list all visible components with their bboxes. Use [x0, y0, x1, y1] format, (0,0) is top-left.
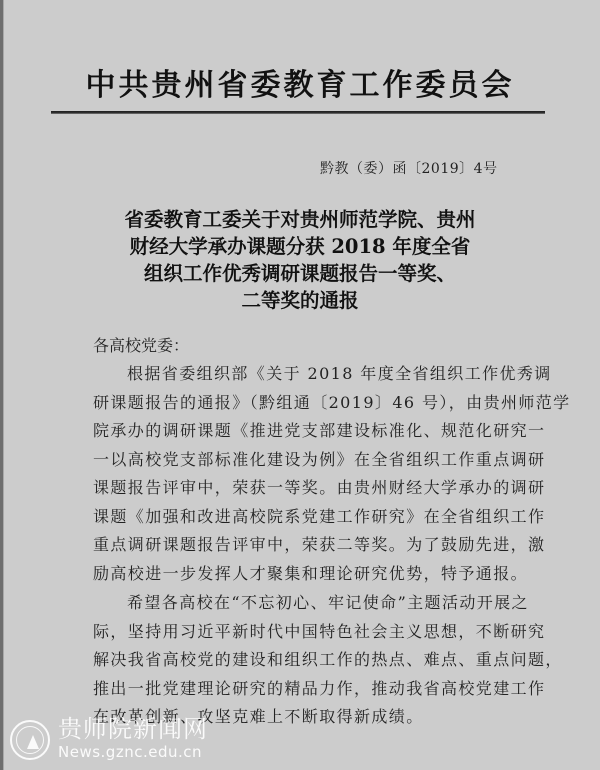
body-line: 课题报告评审中，荣获一等奖。由贵州财经大学承办的调研: [93, 474, 523, 503]
pagoda-icon: [27, 735, 39, 749]
body-paragraph-2: 希望各高校在“不忘初心、牢记使命”主题活动开展之 际，坚持用习近平新时代中国特色…: [93, 589, 523, 732]
heading-line: 省委教育工委关于对贵州师范学院、贵州: [60, 206, 540, 233]
organization-title: 中共贵州省委教育工作委员会: [60, 66, 540, 106]
body-line: 重点调研课题报告评审中，荣获二等奖。为了鼓励先进，激: [93, 531, 523, 560]
watermark-url: News.gznc.edu.cn: [58, 743, 202, 761]
body-line: 希望各高校在“不忘初心、牢记使命”主题活动开展之: [93, 589, 523, 618]
body-line: 推出一批党建理论研究的精品力作，推动我省高校党建工作: [93, 675, 523, 704]
document-heading: 省委教育工委关于对贵州师范学院、贵州 财经大学承办课题分获 2018 年度全省 …: [60, 206, 540, 314]
site-watermark: 贵师院新闻网 News.gznc.edu.cn: [8, 715, 248, 767]
addressee: 各高校党委：: [93, 333, 189, 356]
body-paragraph-1: 根据省委组织部《关于 2018 年度全省组织工作优秀调 研课题报告的通报》（黔组…: [93, 360, 523, 588]
body-line: 课题《加强和改进高校院系党建工作研究》在全省组织工作: [93, 503, 523, 532]
body-line: 一以高校党支部标准化建设为例》在全省组织工作重点调研: [93, 446, 523, 475]
body-line: 院承办的调研课题《推进党支部建设标准化、规范化研究一: [93, 417, 523, 446]
body-line: 研课题报告的通报》（黔组通〔2019〕46 号），由贵州师范学: [93, 389, 523, 418]
heading-line: 二等奖的通报: [60, 287, 540, 314]
body-line: 根据省委组织部《关于 2018 年度全省组织工作优秀调: [93, 360, 523, 389]
seal-inner-ring: [16, 726, 44, 754]
document-number: 黔教（委）函〔2019〕4号: [320, 158, 550, 178]
watermark-title: 贵师院新闻网: [58, 715, 208, 743]
body-line: 解决我省高校党的建设和组织工作的热点、难点、重点问题，: [93, 646, 523, 675]
body-line: 际，坚持用习近平新时代中国特色社会主义思想，不断研究: [93, 618, 523, 647]
university-seal-icon: [10, 720, 50, 760]
scan-left-edge-highlight: [3, 0, 4, 770]
heading-line: 财经大学承办课题分获 2018 年度全省: [60, 233, 540, 260]
header-rule-divider: [51, 111, 545, 114]
heading-line: 组织工作优秀调研课题报告一等奖、: [60, 260, 540, 287]
body-line: 励高校进一步发挥人才聚集和理论研究优势，特予通报。: [93, 560, 523, 589]
